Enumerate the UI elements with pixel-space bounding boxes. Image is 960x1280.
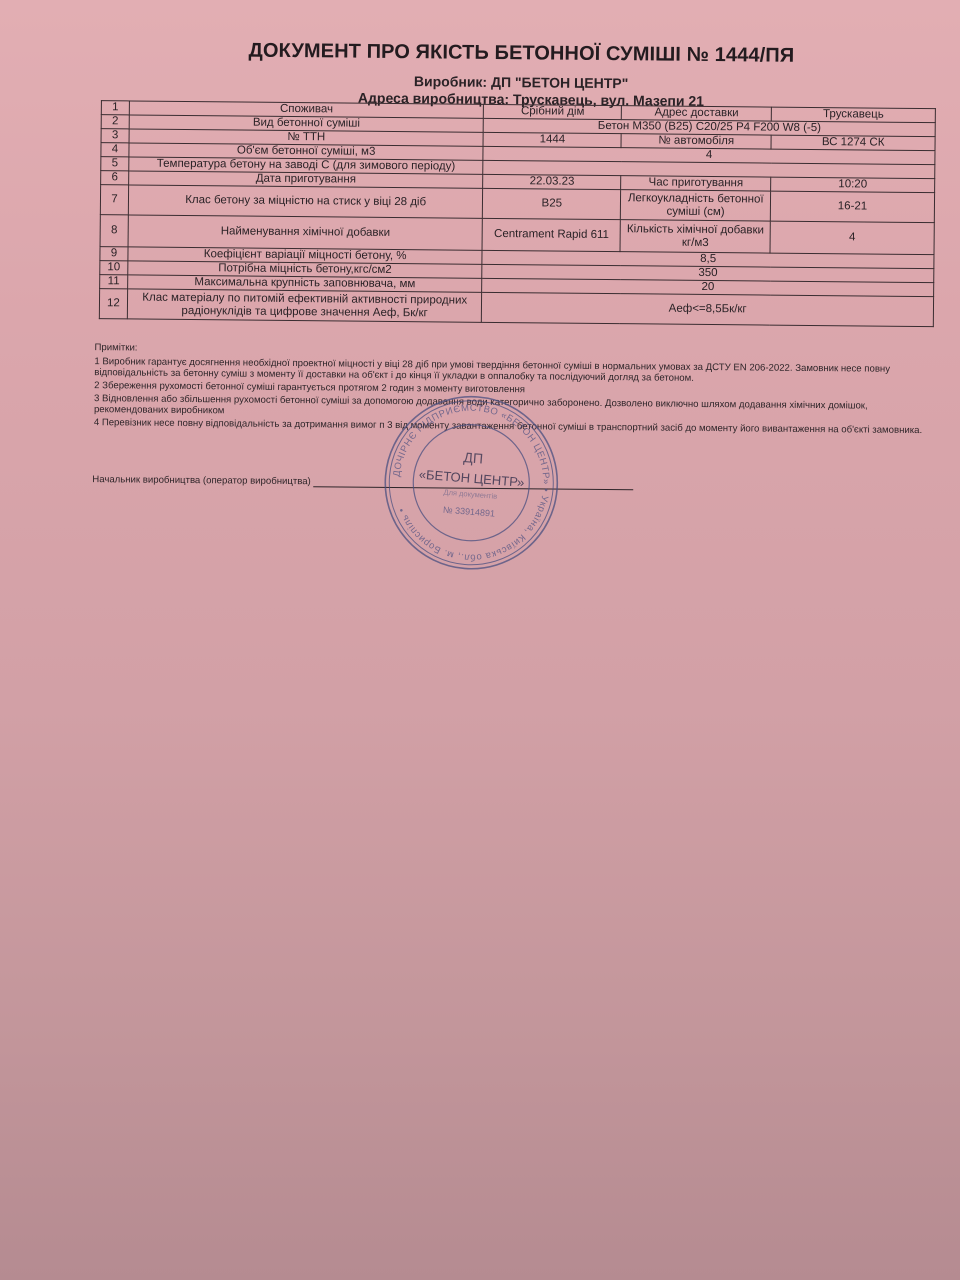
stamp-code: № 33914891 <box>443 505 496 519</box>
row-label: Клас бетону за міцністю на стиск у віці … <box>128 185 483 218</box>
stamp-line2: «БЕТОН ЦЕНТР» <box>418 467 525 490</box>
row-number: 2 <box>101 115 129 129</box>
strength-class-value: В25 <box>483 188 621 219</box>
signature-label: Начальник виробництва (оператор виробниц… <box>92 474 311 487</box>
row-label: Клас матеріалу по питомій ефективній акт… <box>127 289 482 322</box>
additive-qty-label: Кількість хімічної добавки кг/м3 <box>620 220 770 253</box>
row-number: 7 <box>100 185 128 215</box>
prep-date-value: 22.03.23 <box>483 174 621 189</box>
row-number: 6 <box>101 171 129 185</box>
quality-table: 1 Споживач Срібний дім Адрес доставки Тр… <box>99 100 936 327</box>
additive-qty-value: 4 <box>770 221 934 255</box>
row-number: 12 <box>99 289 127 319</box>
additive-name-value: Centrament Rapid 611 <box>482 218 620 251</box>
document-page: ДОКУМЕНТ ПРО ЯКІСТЬ БЕТОННОЇ СУМІШІ № 14… <box>0 0 960 1280</box>
prep-time-label: Час приготування <box>621 176 771 191</box>
workability-label: Легкоукладність бетонної суміші (см) <box>621 190 771 221</box>
consumer-value: Срібний дім <box>484 104 622 119</box>
row-number: 9 <box>100 247 128 261</box>
company-stamp: ДОЧІРНЄ ПІДПРИЄМСТВО «БЕТОН ЦЕНТР» • Укр… <box>374 386 568 580</box>
row-number: 3 <box>101 129 129 143</box>
row-number: 5 <box>101 157 129 171</box>
workability-value: 16-21 <box>770 191 934 223</box>
stamp-line3: Для документів <box>443 488 497 501</box>
prep-time-value: 10:20 <box>771 177 935 193</box>
ttn-value: 1444 <box>483 132 621 147</box>
stamp-line1: ДП <box>463 449 484 467</box>
row-number: 8 <box>100 215 128 247</box>
delivery-address-value: Трускавець <box>771 107 935 123</box>
document-title: ДОКУМЕНТ ПРО ЯКІСТЬ БЕТОННОЇ СУМІШІ № 14… <box>1 37 960 70</box>
row-number: 11 <box>100 275 128 289</box>
vehicle-value: ВС 1274 СК <box>771 135 935 151</box>
stamp-seal-icon: ДОЧІРНЄ ПІДПРИЄМСТВО «БЕТОН ЦЕНТР» • Укр… <box>374 386 568 580</box>
delivery-address-label: Адрес доставки <box>622 106 772 121</box>
radionuclide-value: Аеф<=8,5Бк/кг <box>482 292 934 326</box>
row-number: 1 <box>101 101 129 115</box>
row-number: 4 <box>101 143 129 157</box>
row-label: Найменування хімічної добавки <box>128 215 483 250</box>
vehicle-label: № автомобіля <box>621 134 771 149</box>
row-number: 10 <box>100 261 128 275</box>
